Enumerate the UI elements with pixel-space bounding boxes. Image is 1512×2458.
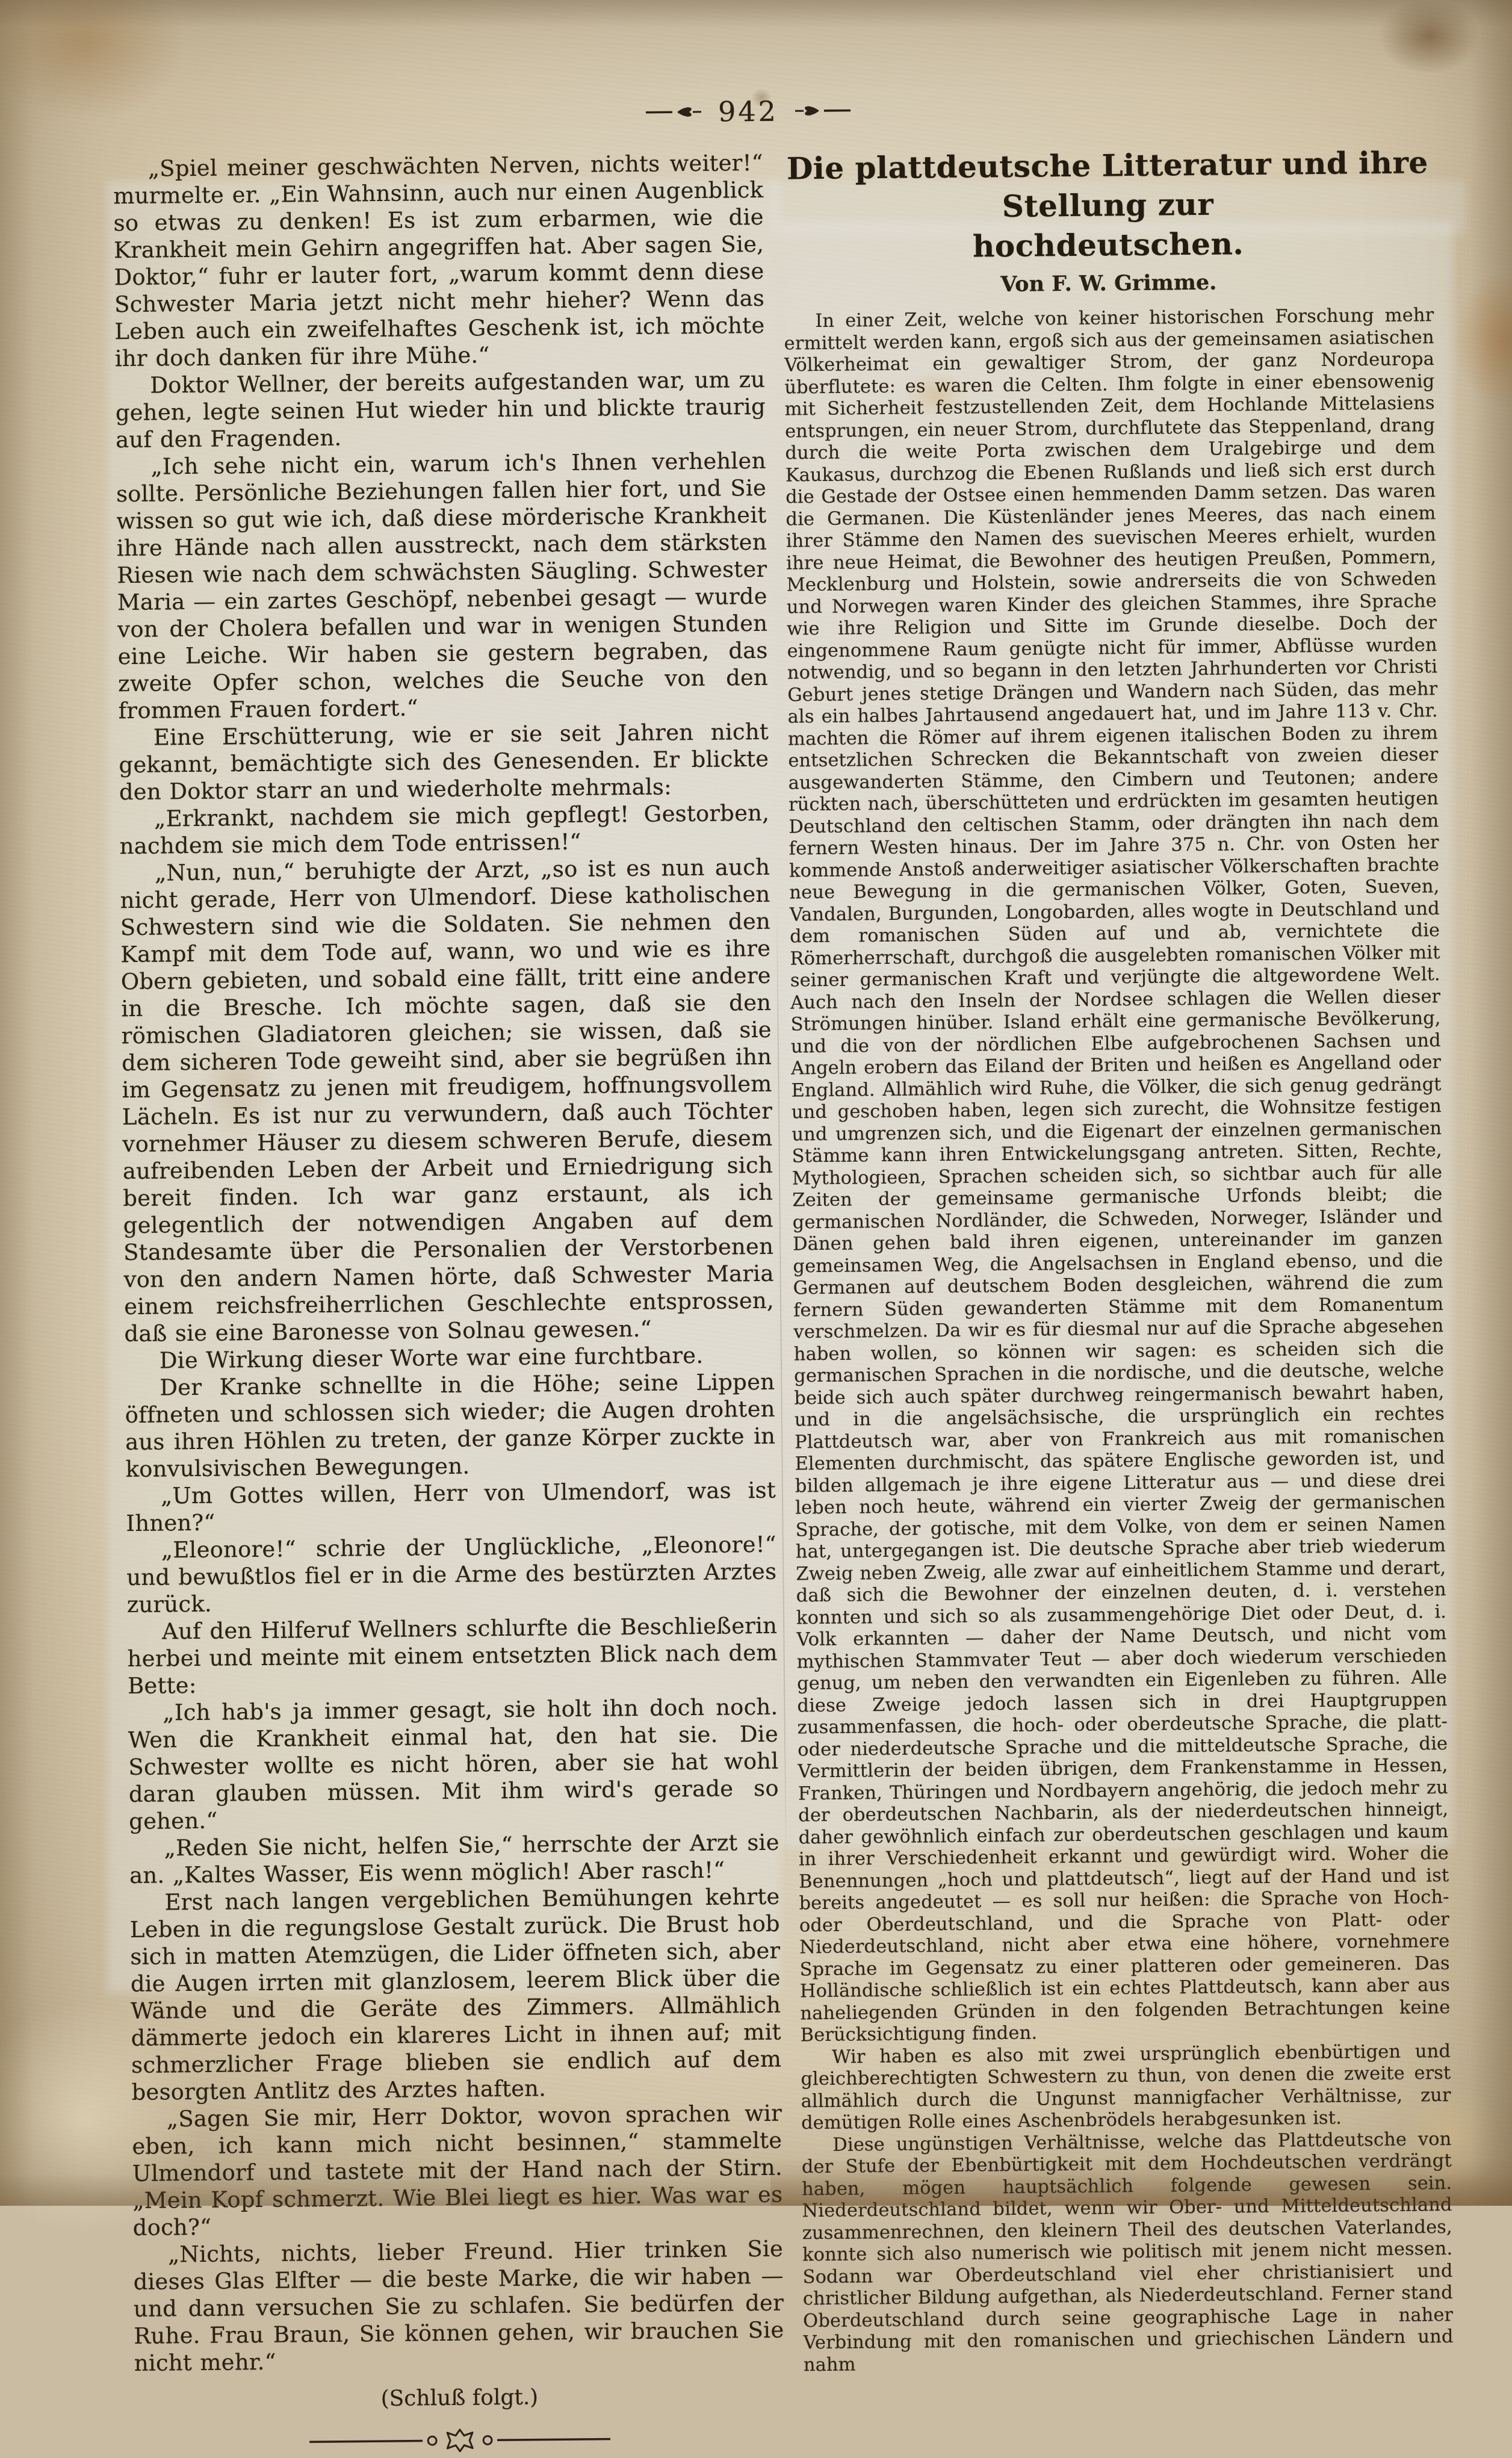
article-paragraph: Wir haben es also mit zwei ursprünglich … (801, 2041, 1451, 2135)
page-number: 942 (718, 95, 778, 128)
story-paragraph: Doktor Wellner, der bereits aufgestanden… (115, 366, 766, 453)
article-title: Die plattdeutsche Litteratur und ihre St… (782, 143, 1434, 268)
story-column: „Spiel meiner geschwächten Nerven, nicht… (113, 149, 785, 2206)
page-header: 942 (0, 88, 1504, 135)
story-paragraph: „Eleonore!“ schrie der Unglückliche, „El… (126, 1531, 777, 1618)
scanned-page: 942 „Spiel meiner geschwächten Nerven, n… (0, 0, 1512, 2206)
story-paragraph: Eine Erschütterung, wie er sie seit Jahr… (119, 718, 769, 805)
article-column: Die plattdeutsche Litteratur und ihre St… (782, 143, 1455, 2206)
two-column-layout: „Spiel meiner geschwächten Nerven, nicht… (113, 143, 1455, 2206)
article-paragraph: Diese ungünstigen Verhältnisse, welche d… (801, 2129, 1454, 2206)
printed-area: 942 „Spiel meiner geschwächten Nerven, n… (0, 0, 1512, 2206)
article-title-line-2: hochdeutschen. (973, 226, 1244, 264)
story-paragraph: „Nun, nun,“ beruhigte der Arzt, „so ist … (120, 854, 775, 1347)
story-paragraph: „Reden Sie nicht, helfen Sie,“ herrschte… (129, 1829, 779, 1889)
fleuron-left-icon (645, 100, 702, 125)
story-paragraph: „Ich hab's ja immer gesagt, sie holt ihn… (128, 1693, 779, 1835)
story-paragraph: Der Kranke schnellte in die Höhe; seine … (125, 1368, 776, 1483)
story-paragraph: „Ich sehe nicht ein, warum ich's Ihnen v… (116, 447, 768, 724)
fleuron-right-icon (794, 98, 852, 123)
story-paragraph: „Sagen Sie mir, Herr Doktor, wovon sprac… (132, 2100, 783, 2206)
story-paragraph: Auf den Hilferuf Wellners schlurfte die … (127, 1612, 778, 1699)
story-paragraph: „Erkrankt, nachdem sie mich gepflegt! Ge… (119, 799, 770, 860)
article-paragraph: In einer Zeit, welche von keiner histori… (784, 305, 1451, 2047)
article-title-line-1: Die plattdeutsche Litteratur und ihre St… (787, 144, 1428, 224)
story-paragraph: „Spiel meiner geschwächten Nerven, nicht… (113, 149, 765, 372)
story-paragraph: „Um Gottes willen, Herr von Ulmendorf, w… (126, 1477, 776, 1537)
story-paragraph: Erst nach langen vergeblichen Bemühungen… (129, 1883, 781, 2106)
article-byline: Von F. W. Grimme. (784, 268, 1434, 299)
